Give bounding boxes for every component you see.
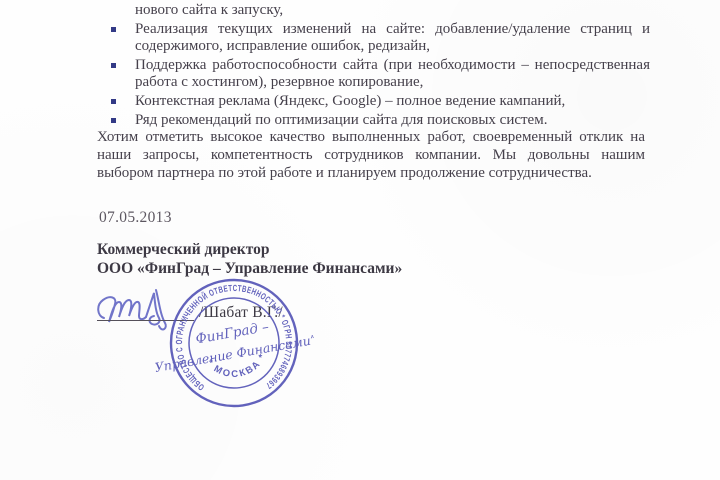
bullet-text: Поддержка работоспособности сайта (при н…	[135, 57, 650, 91]
signer-title: Коммерческий директор	[97, 241, 402, 260]
scanned-letter-page: нового сайта к запуску, Реализация текущ…	[0, 0, 720, 480]
document-date: 07.05.2013	[99, 209, 172, 227]
continuation-line: нового сайта к запуску,	[135, 2, 650, 20]
body-text-column: нового сайта к запуску, Реализация текущ…	[97, 0, 650, 130]
bullet-marker-icon	[111, 99, 116, 104]
bullet-item: Реализация текущих изменений на сайте: д…	[97, 21, 650, 56]
bullet-marker-icon	[111, 118, 116, 123]
bullet-marker-icon	[111, 63, 116, 68]
bullet-text: Реализация текущих изменений на сайте: д…	[135, 21, 650, 55]
bullet-marker-icon	[111, 27, 116, 32]
bullet-item: Поддержка работоспособности сайта (при н…	[97, 57, 650, 92]
bullet-item: Контекстная реклама (Яндекс, Google) – п…	[97, 93, 650, 111]
bullet-text: Ряд рекомендаций по оптимизации сайта дл…	[135, 112, 547, 128]
company-stamp: ОБЩЕСТВО С ОГРАНИЧЕННОЙ ОТВЕТСТВЕННОСТЬЮ…	[154, 263, 314, 423]
bullet-list: Реализация текущих изменений на сайте: д…	[97, 21, 650, 130]
closing-paragraph: Хотим отметить высокое качество выполнен…	[97, 129, 645, 182]
bullet-text: Контекстная реклама (Яндекс, Google) – п…	[135, 93, 565, 109]
bullet-item: Ряд рекомендаций по оптимизации сайта дл…	[97, 112, 650, 130]
